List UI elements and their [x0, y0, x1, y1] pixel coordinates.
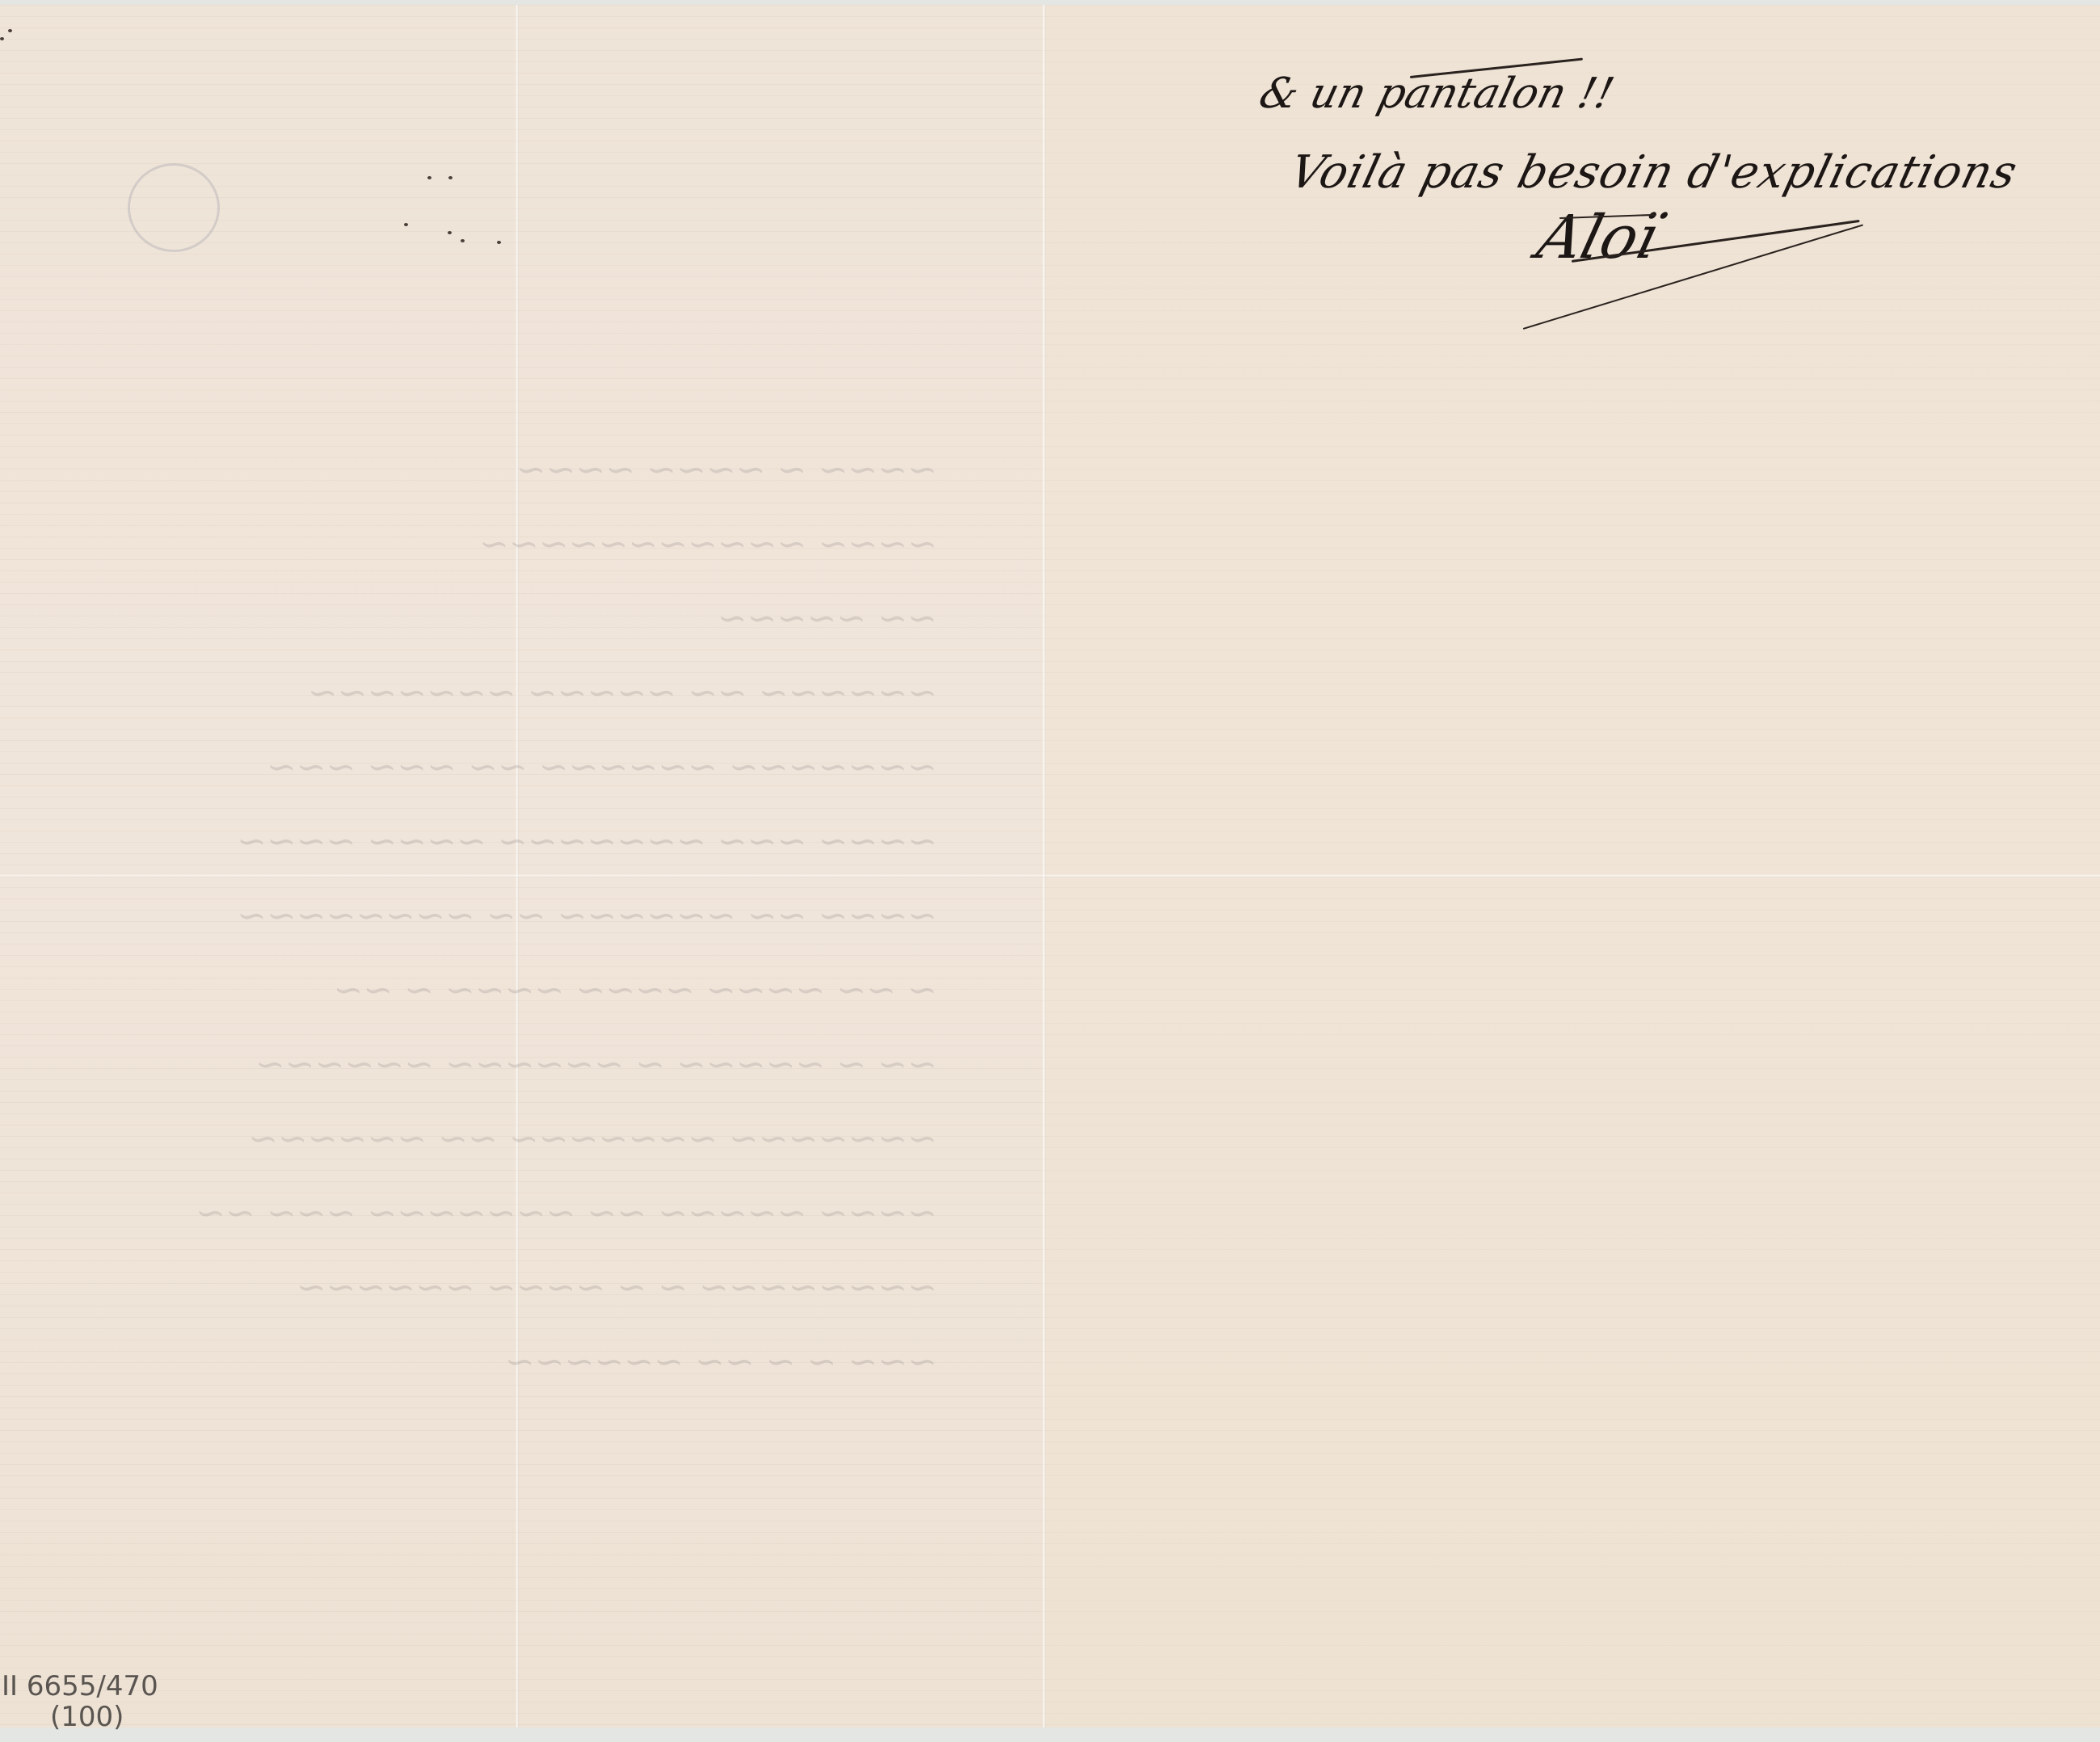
archive-reference-number: II 6655/470 [2, 1671, 158, 1702]
fold-crease-center [1042, 5, 1046, 1727]
archive-reference-sub: (100) [2, 1702, 158, 1732]
letter-sheet: ~~~~ ~ ~~~~ ~~~~ ~~~~ ~~~~~~~~~~~ ~~ ~~~… [0, 5, 2100, 1727]
bleed-through-text: ~~~~ ~ ~~~~ ~~~~ ~~~~ ~~~~~~~~~~~ ~~ ~~~… [48, 433, 937, 1399]
handwritten-line-1: & un pantalon !! [1255, 69, 1619, 118]
archive-stamp [128, 163, 220, 252]
signature: Aloï [1530, 203, 1665, 272]
archive-reference: II 6655/470 (100) [2, 1671, 158, 1732]
handwritten-line-2: Voilà pas besoin d'explications [1285, 146, 2023, 199]
